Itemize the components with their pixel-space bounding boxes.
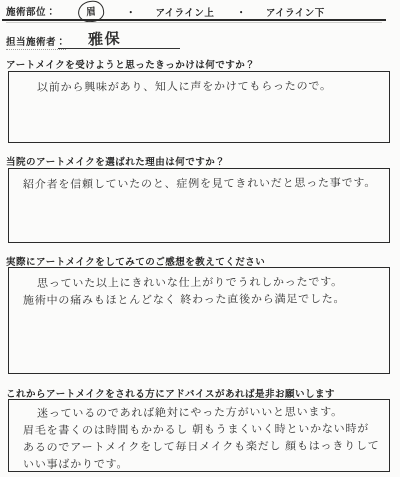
handwritten-answer-line: 思っていた以上にきれいな仕上がりでうれしかったです。 bbox=[23, 274, 381, 293]
separator-dot: ・ bbox=[126, 5, 136, 19]
question-2-answer-box: 紹介者を信頼していたのと、症例を見てきれいだと思った事です。 bbox=[8, 168, 390, 243]
question-3-label: 実際にアートメイクをしてみてのご感想を教えてください bbox=[6, 254, 265, 268]
handwritten-answer-line: いい事ばかりです。 bbox=[23, 455, 381, 474]
treatment-site-row: 施術部位： 眉 ・ アイライン上 ・ アイライン下 bbox=[6, 3, 325, 20]
handwritten-answer-line: 施術中の痛みもほとんどなく 終わった直後から満足でした。 bbox=[23, 291, 381, 310]
handwritten-answer-line: 紹介者を信頼していたのと、症例を見てきれいだと思った事です。 bbox=[23, 175, 381, 194]
question-2-label: 当院のアートメイクを選ばれた理由は何ですか？ bbox=[6, 154, 225, 168]
practitioner-label: 担当施術者： bbox=[6, 34, 66, 50]
handwritten-answer-line: 以前から興味があり、知人に声をかけてもらったので。 bbox=[23, 78, 381, 97]
handwritten-answer-line: 眉毛を書くのは時間もかかるし 朝もうまくいく時といかない時が bbox=[23, 421, 381, 440]
question-3-answer-box: 思っていた以上にきれいな仕上がりでうれしかったです。 施術中の痛みもほとんどなく… bbox=[8, 267, 390, 374]
question-4-answer-box: 迷っているのであれば絶対にやった方がいいと思います。 眉毛を書くのは時間もかかる… bbox=[8, 399, 390, 472]
treatment-site-label: 施術部位： bbox=[6, 4, 56, 20]
site-option-eyeline-lower: アイライン下 bbox=[266, 5, 325, 19]
header-rule bbox=[2, 19, 386, 21]
site-option-eyeline-upper: アイライン上 bbox=[156, 5, 215, 19]
question-1-label: アートメイクを受けようと思ったきっかけは何ですか？ bbox=[6, 57, 255, 71]
questionnaire-sheet: 施術部位： 眉 ・ アイライン上 ・ アイライン下 担当施術者： 雅保 アートメ… bbox=[0, 0, 400, 477]
scan-artifact-line bbox=[6, 22, 382, 23]
handwritten-answer-line: 迷っているのであれば絶対にやった方がいいと思います。 bbox=[23, 404, 381, 423]
question-4-label: これからアートメイクをされる方にアドバイスがあれば是非お願いします bbox=[6, 386, 335, 400]
handwritten-answer-line: あるのでアートメイクをして毎日メイクも楽だし 顔もはっきりして bbox=[23, 438, 381, 457]
practitioner-name-handwritten: 雅保 bbox=[88, 27, 122, 49]
practitioner-underline bbox=[58, 48, 180, 49]
separator-dot: ・ bbox=[236, 5, 246, 19]
site-option-brow: 眉 bbox=[86, 7, 97, 19]
question-1-answer-box: 以前から興味があり、知人に声をかけてもらったので。 bbox=[8, 71, 390, 143]
